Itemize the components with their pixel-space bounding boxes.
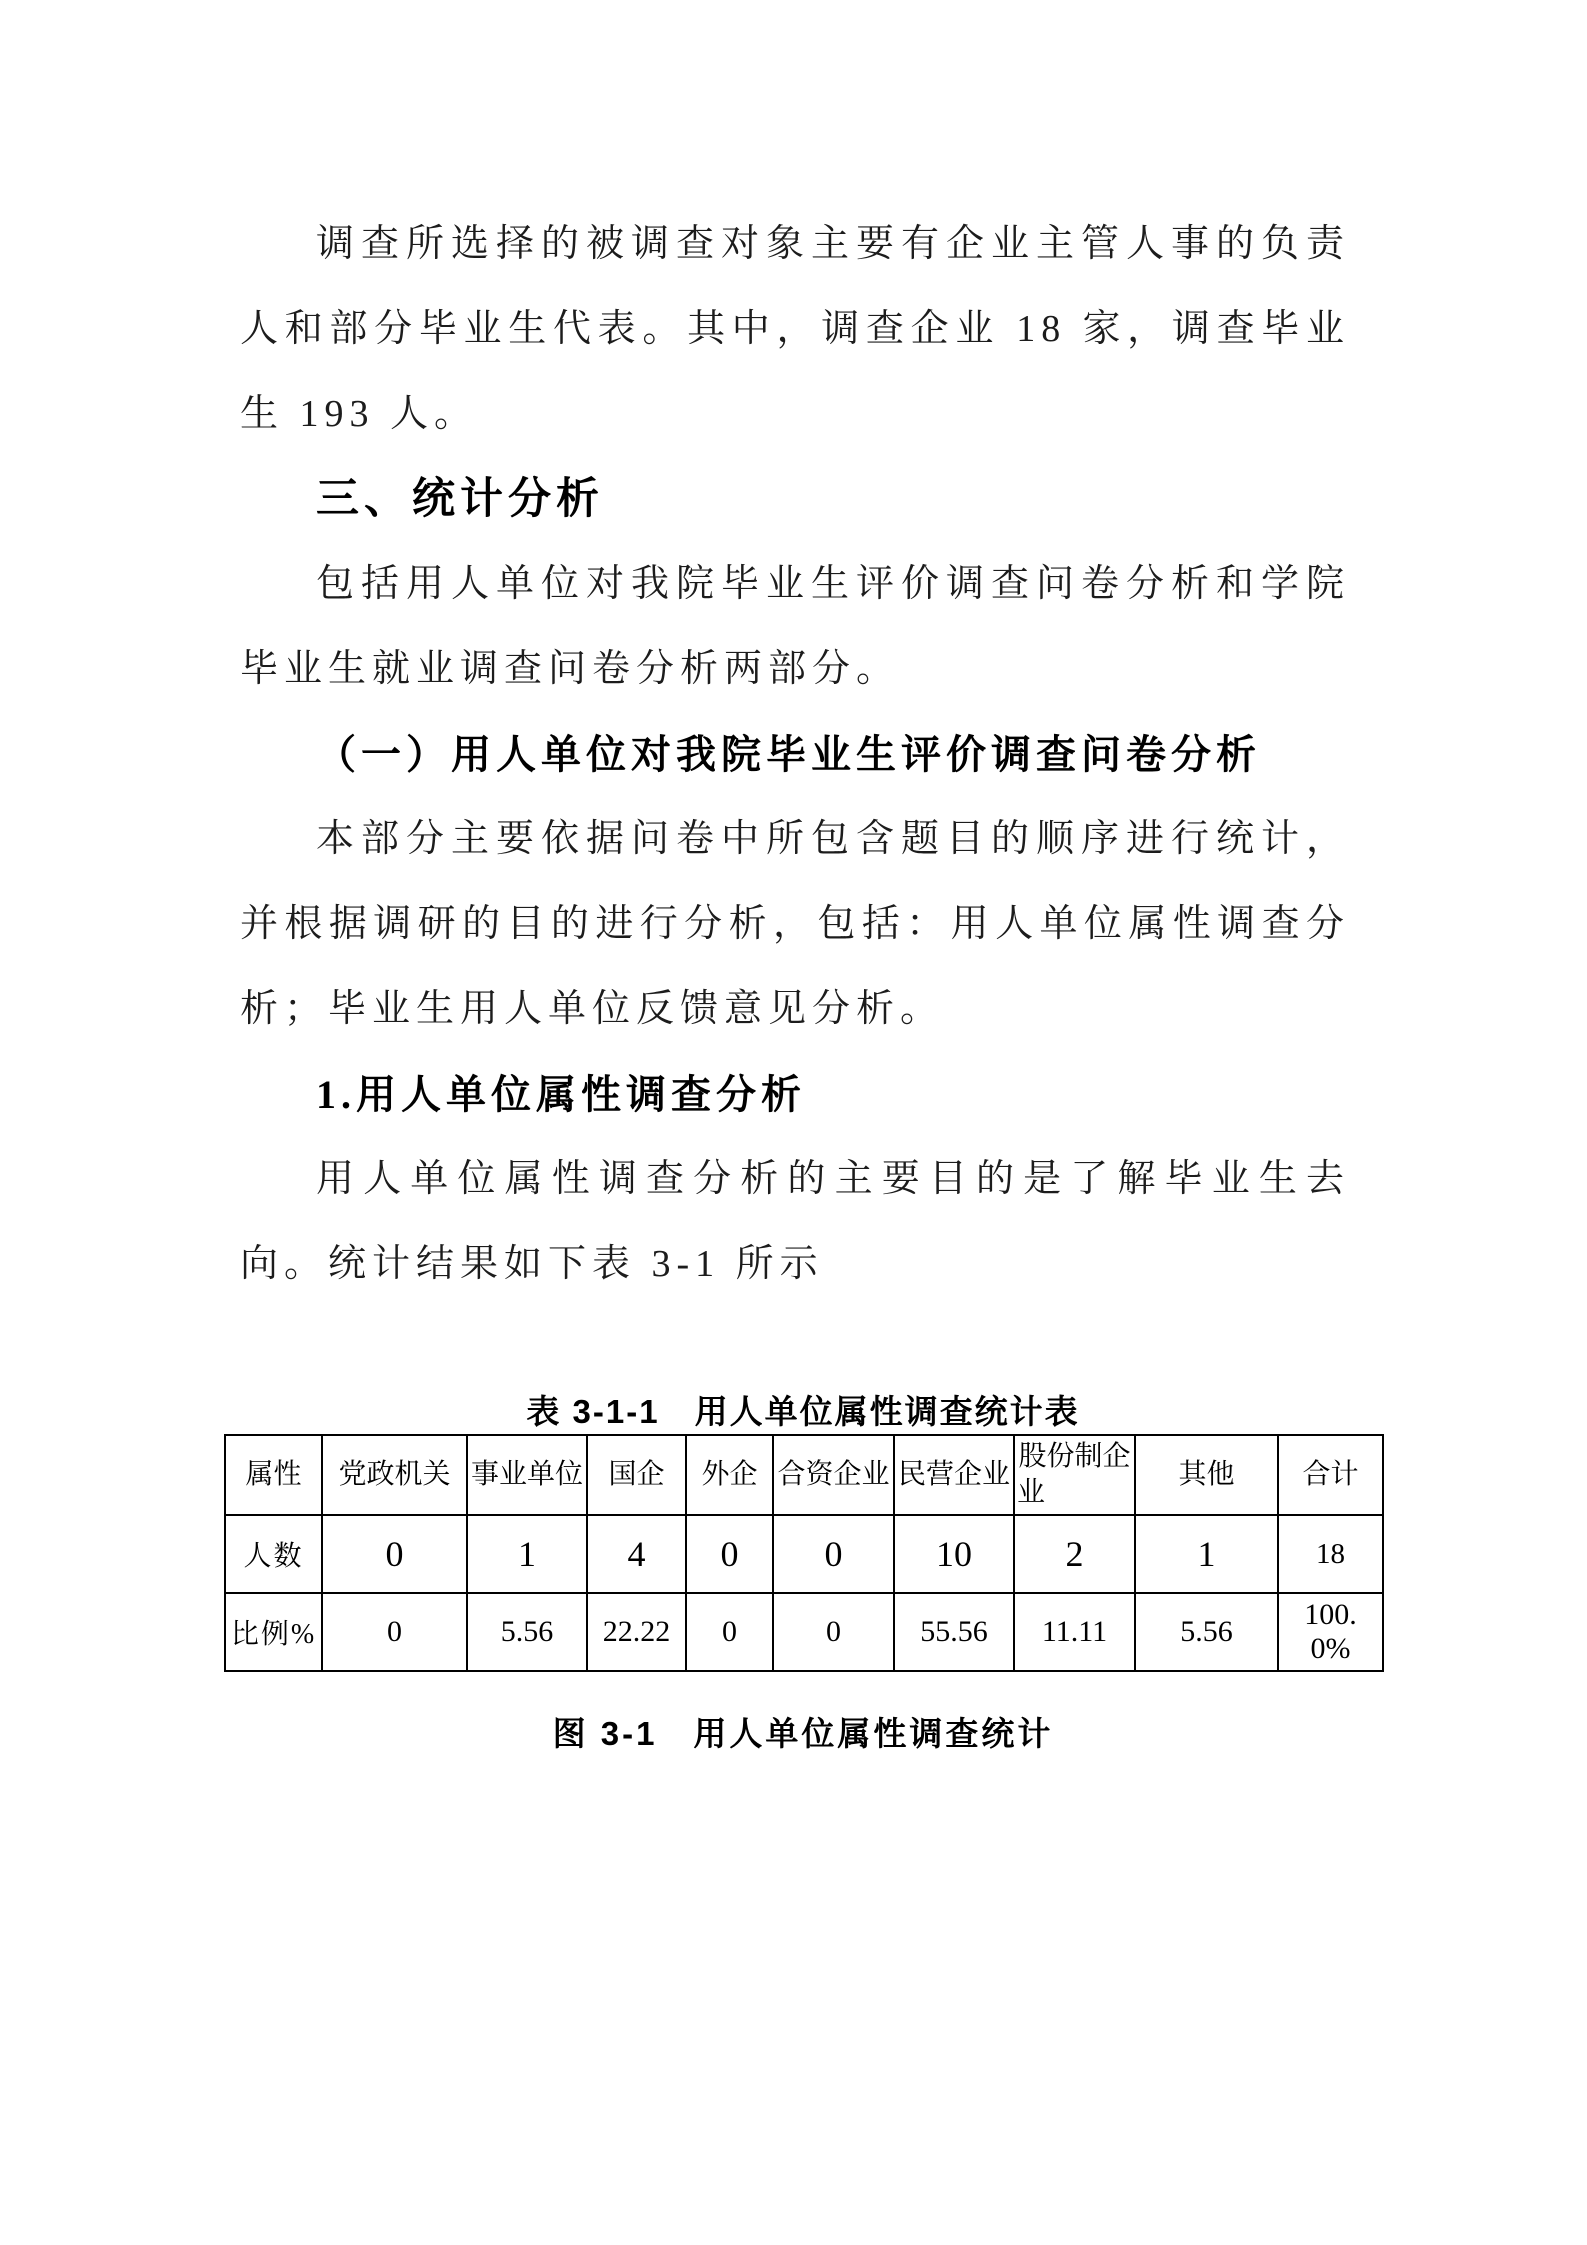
paragraph-attribute-purpose: 用人单位属性调查分析的主要目的是了解毕业生去向。统计结果如下表 3-1 所示 <box>240 1137 1350 1307</box>
table-header-public-institution: 事业单位 <box>467 1435 587 1515</box>
table-header-foreign: 外企 <box>686 1435 773 1515</box>
table-header-joint-stock: 股份制企业 <box>1014 1435 1135 1515</box>
pct-public-institution: 5.56 <box>467 1593 587 1671</box>
table-block: 表 3-1-1 用人单位属性调查统计表 属性 <box>224 1392 1382 1754</box>
table-header-other: 其他 <box>1135 1435 1278 1515</box>
count-total: 18 <box>1278 1515 1383 1593</box>
row-label-count: 人数 <box>225 1515 322 1593</box>
count-other: 1 <box>1135 1515 1278 1593</box>
table-row-percent: 比例% 0 5.56 22.22 0 0 55.56 11.11 5.56 10… <box>225 1593 1383 1671</box>
count-party-gov: 0 <box>322 1515 467 1593</box>
table-header-total: 合计 <box>1278 1435 1383 1515</box>
document-page: 调查所选择的被调查对象主要有企业主管人事的负责人和部分毕业生代表。其中，调查企业… <box>0 0 1587 2245</box>
paragraph-survey-subjects: 调查所选择的被调查对象主要有企业主管人事的负责人和部分毕业生代表。其中，调查企业… <box>240 202 1350 457</box>
table-header-joint-venture: 合资企业 <box>773 1435 894 1515</box>
pct-joint-venture: 0 <box>773 1593 894 1671</box>
table-header-private: 民营企业 <box>894 1435 1014 1515</box>
pct-total: 100. 0% <box>1278 1593 1383 1671</box>
table-row-count: 人数 0 1 4 0 0 10 2 1 18 <box>225 1515 1383 1593</box>
heading-employer-attribute-analysis: 1.用人单位属性调查分析 <box>240 1052 1350 1137</box>
pct-other: 5.56 <box>1135 1593 1278 1671</box>
heading-employer-eval-questionnaire: （一）用人单位对我院毕业生评价调查问卷分析 <box>240 712 1350 797</box>
count-foreign: 0 <box>686 1515 773 1593</box>
row-label-percent: 比例% <box>225 1593 322 1671</box>
figure-caption: 图 3-1 用人单位属性调查统计 <box>224 1714 1382 1754</box>
count-state-owned: 4 <box>587 1515 686 1593</box>
table-caption: 表 3-1-1 用人单位属性调查统计表 <box>224 1392 1382 1432</box>
table-header-row: 属性 党政机关 事业单位 国企 外企 合资企业 民营企业 股份制企业 其他 合计 <box>225 1435 1383 1515</box>
count-joint-stock: 2 <box>1014 1515 1135 1593</box>
count-public-institution: 1 <box>467 1515 587 1593</box>
pct-joint-stock: 11.11 <box>1014 1593 1135 1671</box>
pct-party-gov: 0 <box>322 1593 467 1671</box>
paragraph-two-parts: 包括用人单位对我院毕业生评价调查问卷分析和学院毕业生就业调查问卷分析两部分。 <box>240 542 1350 712</box>
paragraph-analysis-basis: 本部分主要依据问卷中所包含题目的顺序进行统计，并根据调研的目的进行分析，包括：用… <box>240 797 1350 1052</box>
table-header-state-owned: 国企 <box>587 1435 686 1515</box>
pct-foreign: 0 <box>686 1593 773 1671</box>
table-header-attribute: 属性 <box>225 1435 322 1515</box>
heading-statistical-analysis: 三、统计分析 <box>240 457 1350 542</box>
count-private: 10 <box>894 1515 1014 1593</box>
pct-state-owned: 22.22 <box>587 1593 686 1671</box>
employer-attribute-table: 属性 党政机关 事业单位 国企 外企 合资企业 民营企业 股份制企业 其他 合计… <box>224 1434 1384 1672</box>
table-header-party-gov: 党政机关 <box>322 1435 467 1515</box>
count-joint-venture: 0 <box>773 1515 894 1593</box>
pct-private: 55.56 <box>894 1593 1014 1671</box>
document-content: 调查所选择的被调查对象主要有企业主管人事的负责人和部分毕业生代表。其中，调查企业… <box>0 0 1587 1754</box>
